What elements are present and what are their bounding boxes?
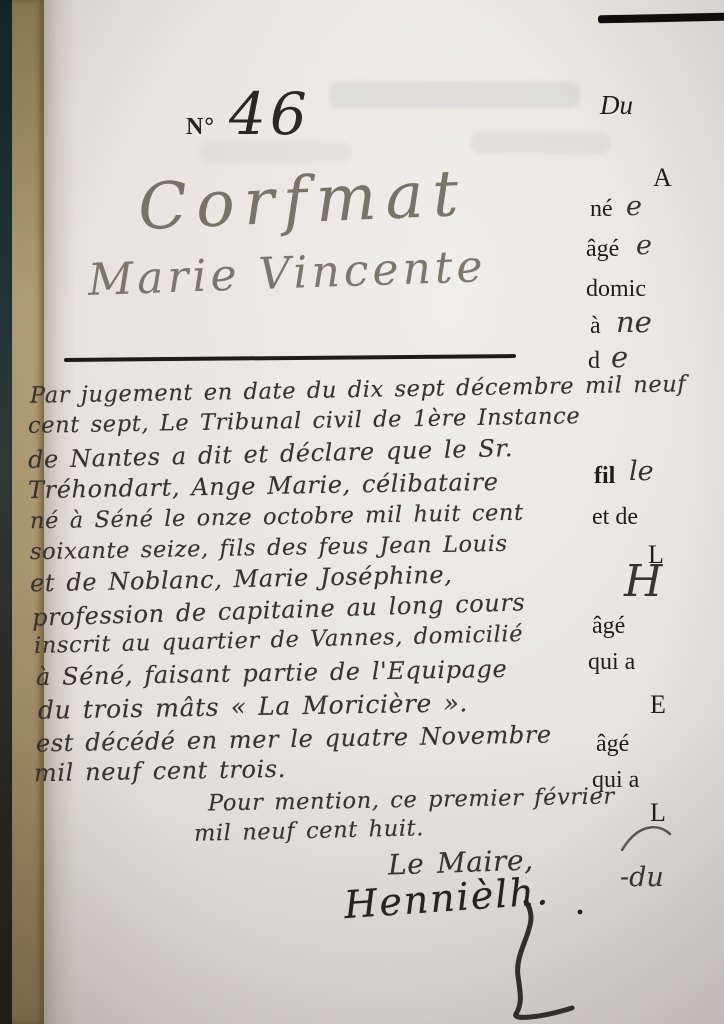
deceased-given-names: Marie Vincente: [87, 241, 487, 306]
script-flourish: [612, 820, 682, 860]
filled-entry: e: [611, 340, 628, 374]
form-fragment-d: d: [588, 348, 600, 375]
form-fragment: A: [653, 163, 672, 193]
deceased-surname: Corfmat: [137, 157, 469, 245]
form-fragment-ne: né: [590, 196, 613, 223]
registry-page-photo: N°46 Corfmat Marie Vincente Par jugement…: [0, 0, 724, 1024]
act-text-line: du trois mâts « La Moricière ».: [38, 688, 468, 724]
act-text-line: est décédé en mer le quatre Novembre: [36, 721, 552, 758]
act-text-line: né à Séné le onze octobre mil huit cent: [30, 500, 524, 535]
filled-entry: -du: [620, 862, 664, 893]
form-fragment-etde: et de: [592, 504, 638, 531]
record-number-value: 46: [229, 80, 311, 148]
record-number-label: N°: [186, 114, 215, 140]
filled-entry: e: [636, 230, 652, 261]
act-text-line: Tréhondart, Ange Marie, célibataire: [28, 468, 499, 504]
act-text-line: Pour mention, ce premier février: [208, 783, 615, 816]
signature-flourish: [430, 896, 630, 1022]
form-fragment-fil: fil: [594, 463, 615, 490]
act-text-line: mil neuf cent huit.: [194, 815, 425, 847]
filled-entry: le: [629, 456, 654, 487]
act-text-line: à Séné, faisant partie de l'Equipage: [36, 655, 508, 691]
bleed-through-smudge: [330, 82, 580, 108]
form-top-rule: [598, 13, 724, 24]
filled-entry: ne: [616, 305, 652, 339]
separator-rule: [64, 354, 516, 361]
filled-entry: H: [624, 556, 662, 607]
act-text-line: mil neuf cent trois.: [34, 755, 286, 787]
form-fragment-domic: domic: [586, 276, 646, 303]
form-fragment-quia: qui a: [592, 767, 639, 794]
form-fragment-du: Du: [600, 90, 633, 121]
form-fragment-age: âgé: [592, 613, 625, 640]
form-fragment-age: âgé: [586, 236, 619, 263]
form-fragment-e: E: [650, 690, 666, 720]
record-number: N°46: [186, 80, 311, 148]
form-fragment-age: âgé: [596, 731, 629, 758]
bleed-through-smudge: [470, 132, 610, 154]
form-fragment-a: à: [590, 313, 601, 340]
form-fragment-quia: qui a: [588, 649, 635, 676]
filled-entry: e: [626, 191, 642, 222]
act-text-line: Par jugement en date du dix sept décembr…: [30, 371, 687, 408]
